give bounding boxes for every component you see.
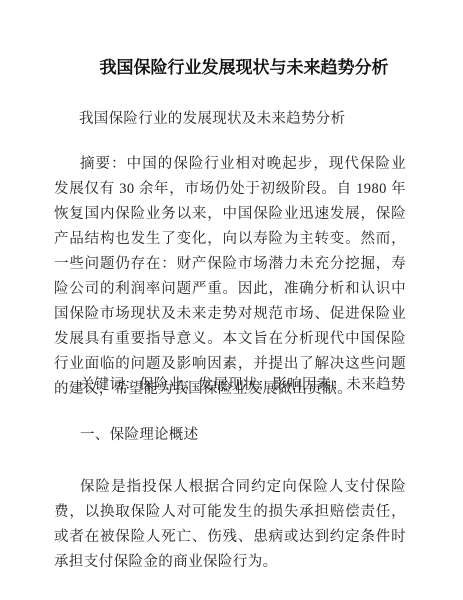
abstract-paragraph: 摘要：中国的保险行业相对晚起步，现代保险业发展仅有 30 余年，市场仍处于初级阶…: [54, 152, 406, 402]
insurance-definition-paragraph: 保险是指投保人根据合同约定向保险人支付保险费，以换取保险人对可能发生的损失承担赔…: [54, 475, 406, 575]
section-heading-insurance-theory: 一、保险理论概述: [80, 423, 198, 447]
document-page: 我国保险行业发展现状与未来趋势分析 我国保险行业的发展现状及未来趋势分析 摘要：…: [0, 0, 463, 600]
document-title: 我国保险行业发展现状与未来趋势分析: [0, 56, 463, 80]
keywords-line: 关键词：保险业；发展现状；影响因素；未来趋势: [80, 373, 406, 397]
document-subtitle: 我国保险行业的发展现状及未来趋势分析: [79, 109, 345, 129]
